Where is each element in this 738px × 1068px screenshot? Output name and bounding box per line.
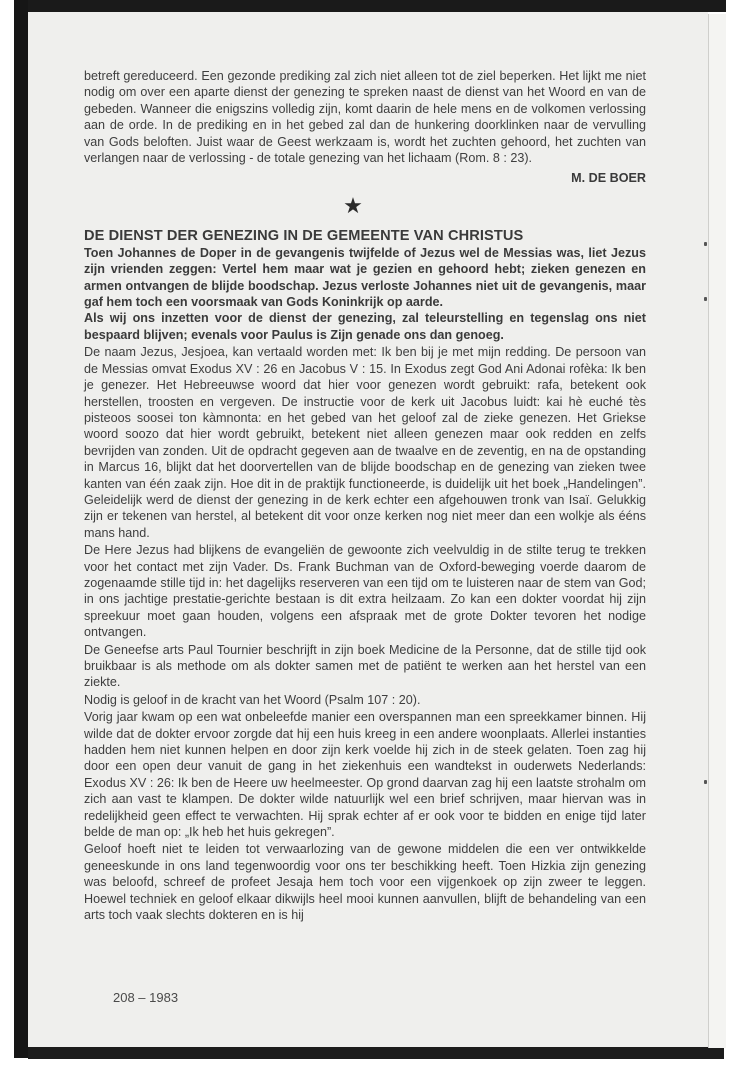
page-number: 208 – 1983 xyxy=(113,990,178,1005)
scan-frame-left xyxy=(14,0,28,1058)
body-paragraph: Vorig jaar kwam op een wat onbeleefde ma… xyxy=(84,709,646,840)
author-signature: M. DE BOER xyxy=(84,170,646,186)
star-icon: ★ xyxy=(84,193,646,219)
binding-mark xyxy=(704,242,707,246)
body-paragraph: De naam Jezus, Jesjoea, kan vertaald wor… xyxy=(84,344,646,541)
page-content: betreft gereduceerd. Een gezonde prediki… xyxy=(84,68,646,924)
scan-frame-top xyxy=(14,0,726,12)
intro-paragraph: Toen Johannes de Doper in de gevangenis … xyxy=(84,245,646,311)
body-paragraph: De Here Jezus had blijkens de evangeliën… xyxy=(84,542,646,640)
binding-mark xyxy=(704,297,707,301)
body-paragraph: De Geneefse arts Paul Tournier beschrijf… xyxy=(84,642,646,691)
previous-article-closing: betreft gereduceerd. Een gezonde prediki… xyxy=(84,68,646,166)
page-edge-strip xyxy=(708,14,726,1048)
binding-mark xyxy=(704,780,707,784)
scan-frame-bottom xyxy=(28,1047,724,1059)
body-paragraph: Nodig is geloof in de kracht van het Woo… xyxy=(84,692,646,708)
body-paragraph: Geloof hoeft niet te leiden tot verwaarl… xyxy=(84,841,646,923)
intro-paragraph: Als wij ons inzetten voor de dienst der … xyxy=(84,310,646,343)
article-title: DE DIENST DER GENEZING IN DE GEMEENTE VA… xyxy=(84,227,646,245)
